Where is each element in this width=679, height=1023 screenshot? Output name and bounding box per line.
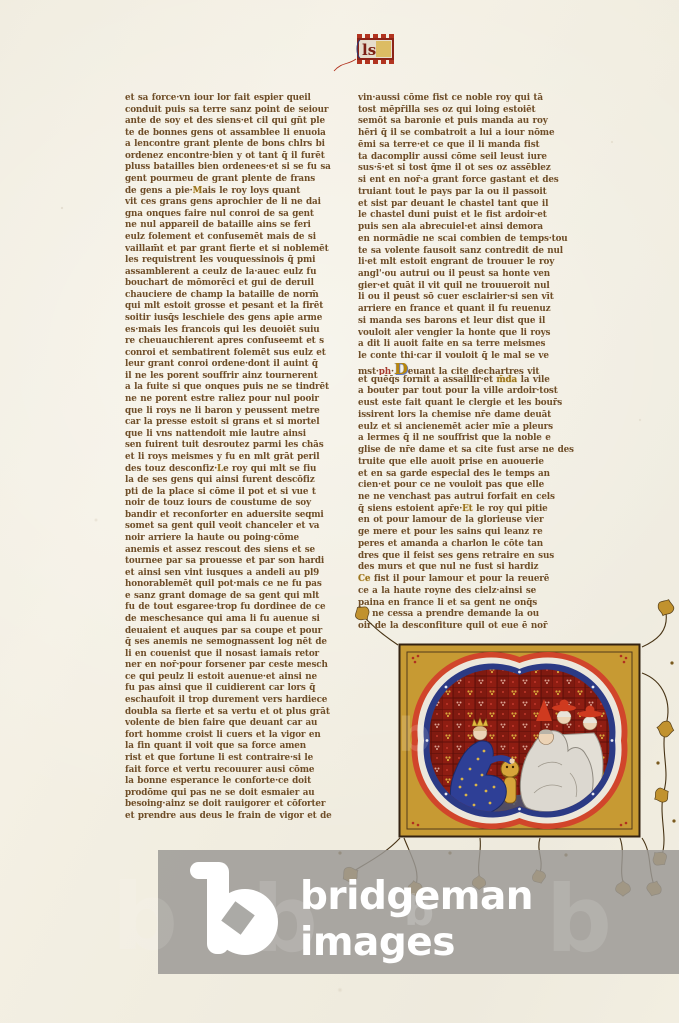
bridgeman-logo (190, 860, 286, 964)
text-line: pluss batailles bien ordenees·et si se f… (125, 162, 337, 174)
text-line: car la presse estoit si grans et si mort… (125, 417, 337, 429)
text-line: les requistrent les vouquessinois q̄ pmi (125, 255, 337, 267)
running-mark-ornament: ls (332, 31, 404, 75)
ornament-letters: ls (362, 41, 376, 59)
text-line: bouchart de mōmorēci et gui de deruil (125, 278, 337, 290)
leaf-icon (352, 603, 373, 624)
text-line: et ainsi sen vint iusques a andeli au pl… (125, 568, 337, 580)
text-line: vaillam̄t et par grant fierte et si nobl… (125, 244, 337, 256)
text-line: puis sen ala abrecuiel·et ainsi demora (358, 222, 576, 234)
text-line: q̄ ses anemis ne semognassent log nēt de (125, 637, 337, 649)
gold-ground (376, 41, 391, 57)
text-line: le conte th̄i·car il vouloit q̄ le mal s… (358, 351, 576, 363)
text-line: si ent en nor̄·a grant force gastant et … (358, 175, 576, 187)
text-line: que li roys ne li baron y peussent metre (125, 406, 337, 418)
text-line: ce qui peulz li estoit auenue·et ainsi n… (125, 672, 337, 684)
leaf-icon (651, 785, 672, 806)
text-line: q̄ siens estoient apr̄e·Et le roy qui pi… (358, 504, 576, 516)
wordmark-line-2: images (300, 920, 533, 966)
text-line: le chastel duni puist et le fist ardoir·… (358, 210, 576, 222)
text-line: et li roys meismes y fu en mlt grāt peri… (125, 452, 337, 464)
text-line: vin·aussi cōme fist ce noble roy qui tā (358, 93, 576, 105)
text-line: li en couenist que il nosast iamais reto… (125, 649, 337, 661)
text-line: bandir et reconforter en aduersite seqmi (125, 510, 337, 522)
text-line: noir arriere la haute ou poing·cōme (125, 533, 337, 545)
text-line: ge mere et pour les sains qui leanz re (358, 527, 576, 539)
text-line: a lermes q̄ il ne souffrist que la noble… (358, 433, 576, 445)
text-line: que li vns nattendoit mie lautre ainsi (125, 429, 337, 441)
text-line: eschaufoit il trop durement vers hardiec… (125, 695, 337, 707)
text-line: a dit li auoit faite en sa terre meismes (358, 339, 576, 351)
text-line: de meschesance qui ama li fu auenue si (125, 614, 337, 626)
leaf-icon (656, 720, 675, 739)
text-line: pti de la place si cōme il pot et si vue… (125, 487, 337, 499)
text-line: et en sa garde especial des le temps an (358, 469, 576, 481)
text-line: fu pas ainsi que il cuidierent car lors … (125, 683, 337, 695)
text-line: ta dacomplir aussi cōme seil leust iure (358, 152, 576, 164)
text-line: ante de soy et des siens·et cil qui gn̄t… (125, 116, 337, 128)
text-line: leur grant conroi ordene·dont il auint q… (125, 359, 337, 371)
text-line: re cheuauchierent apres confuseemt et s (125, 336, 337, 348)
text-line: gier·et quāt il vit quil ne trouueroit n… (358, 281, 576, 293)
text-line: glise de nr̄e dame et sa cite fust arse … (358, 445, 576, 457)
text-line: volente de bien faire que deuant car au (125, 718, 337, 730)
text-line: a bouter par tout pour la ville ardoir·t… (358, 386, 576, 398)
text-line: tournee par sa prouesse et par son hardi (125, 556, 337, 568)
text-line: ne ne porent estre raliez pour nul pooir (125, 394, 337, 406)
text-line: deuaient et auques par sa coupe et pour (125, 626, 337, 638)
text-line: somet sa gent quil veoit chanceler et va (125, 521, 337, 533)
text-line: sus·s̄·et si tost q̄me il ot ses oz assē… (358, 163, 576, 175)
text-line: rist et que fortune li est contraire·si … (125, 753, 337, 765)
text-line: et quēq̄s fornit a assaillir·et m̄da la … (358, 375, 576, 387)
text-line: et prendre aus deus le frain de vigor et… (125, 811, 337, 823)
text-line: hēri q̄ il se combatroit a lui a iour nō… (358, 128, 576, 140)
text-line: fait force et vertu recouurer ausi cōme (125, 765, 337, 777)
wordmark-line-1: bridgeman (300, 874, 533, 920)
text-line: li ou il peust sō cuer esclairier·si sen… (358, 292, 576, 304)
text-line: honorablemēt quil pot·mais ce ne fu pas (125, 579, 337, 591)
text-line: en ot pour lamour de la glorieuse vier (358, 515, 576, 527)
text-line: conroi et sembatirent folemēt sus eulz e… (125, 348, 337, 360)
text-line: li·et mlt estoit engrant de trouuer le r… (358, 257, 576, 269)
text-line: des touz desconfiz·Le roy qui mlt se fiu (125, 464, 337, 476)
text-line: il ne les porent souffrir ainz tourneren… (125, 371, 337, 383)
text-line: angl'·ou autrui ou il peust sa honte ven (358, 269, 576, 281)
text-line: soitir iusq̄s leschiele des gens apie ar… (125, 313, 337, 325)
text-line: truiant tout le pays par la ou il passoi… (358, 187, 576, 199)
text-line: semōt sa baronie et puis manda au roy (358, 116, 576, 128)
text-line: assamblerent a ceulz de la·auec eulz fu (125, 267, 337, 279)
text-line: ne nul appareil de bataille ains se feri (125, 220, 337, 232)
text-line: fort homme croist li cuers et la vigor e… (125, 730, 337, 742)
text-line: doubla sa fierte et sa vertu et ot plus … (125, 707, 337, 719)
text-line: e sanz grant domage de sa gent qui mlt (125, 591, 337, 603)
text-line: sen fuirent tuit desroutez parmi les chā… (125, 440, 337, 452)
text-line: la de ses gens qui ainsi furent descōfiz (125, 475, 337, 487)
text-line: vit ces grans gens aprochier de li ne da… (125, 197, 337, 209)
watermark-band: bridgeman images (158, 850, 679, 974)
text-column-right: vin·aussi cōme fist ce noble roy qui tāt… (358, 93, 576, 633)
text-line: te sa volente fausoit sanz contredit de … (358, 246, 576, 258)
text-line: a lencontre grant plente de bons chl̄rs … (125, 139, 337, 151)
text-line: te de bonnes gens ot assamblee li enuoia (125, 128, 337, 140)
text-line: cien·et pour ce ne vouloit pas que elle (358, 480, 576, 492)
text-line: et sa force·vn iour lor fait espier quei… (125, 93, 337, 105)
text-line: es·mais les francois qui les deuoiēt sui… (125, 325, 337, 337)
text-line: arriere en france et quant il fu reuenuz (358, 304, 576, 316)
text-line: la fin quant il voit que sa force amen (125, 741, 337, 753)
text-line: prodōme qui pas ne se doit esmaier au (125, 788, 337, 800)
bridgeman-wordmark: bridgeman images (300, 874, 533, 966)
text-line: conduit puis sa terre sanz point de seio… (125, 105, 337, 117)
text-line: eulz et si ancienemēt acier mīe a pleurs (358, 422, 576, 434)
text-line: tost mēpr̄illa ses oz qui loing estoiēt (358, 105, 576, 117)
text-line: qui mlt estoit grosse et pesant et la fi… (125, 301, 337, 313)
text-line: ordenez encontre·bien y ot tant q̄ il fu… (125, 151, 337, 163)
extended-arm (490, 758, 510, 761)
penwork-flourish (334, 59, 356, 71)
text-line: chauciere de champ la bataille de norm̄ (125, 290, 337, 302)
text-line: si manda ses barons et leur dist que il (358, 316, 576, 328)
text-line: gent pourmeu de grant plente de frans (125, 174, 337, 186)
text-line: ne ne venchast pas autrui forfait en cel… (358, 492, 576, 504)
text-line: peres et amanda a charlon le cōte tan (358, 539, 576, 551)
manuscript-photo: ls et sa force·vn iour lor fait espier q… (0, 0, 679, 1023)
text-line: vouloit aler vengier la honte que li roy… (358, 328, 576, 340)
text-line: fu de tout esgaree·trop fu dordinee de c… (125, 602, 337, 614)
text-line: ēmi sa terre·et ce que il li manda fist (358, 140, 576, 152)
text-line: mst·ph·Deuant la cite dechartres vit (358, 363, 576, 375)
text-line: et sist par deuant le chastel tant que i… (358, 199, 576, 211)
text-line: eust este fait quant le clergie et les b… (358, 398, 576, 410)
text-line: ner en nor̄·pour forsener par ceste mesc… (125, 660, 337, 672)
text-line: anemis et assez rescout des siens et se (125, 545, 337, 557)
miniature (398, 643, 641, 838)
text-line: de gens a pie·Mais le roy loys quant (125, 186, 337, 198)
text-line: a la fuite si que onques puis ne se tind… (125, 382, 337, 394)
text-line: issirent lors la chemise nr̄e dame deuāt (358, 410, 576, 422)
text-line: noir de touz iours de coustume de soy (125, 498, 337, 510)
crown-icon (472, 718, 488, 726)
text-line: la bonne esperance le conforte·ce doit (125, 776, 337, 788)
text-column-left: et sa force·vn iour lor fait espier quei… (125, 93, 337, 822)
text-line: eulz folement et confusemēt mais de si (125, 232, 337, 244)
text-line: en normādie ne scai combien de temps·tou (358, 234, 576, 246)
text-line: gna onques faire nul conroi de sa gent (125, 209, 337, 221)
text-line: besoing·ainz se doit rauigorer et cōfort… (125, 799, 337, 811)
text-line: truite que elle auoit prise en auouerie (358, 457, 576, 469)
